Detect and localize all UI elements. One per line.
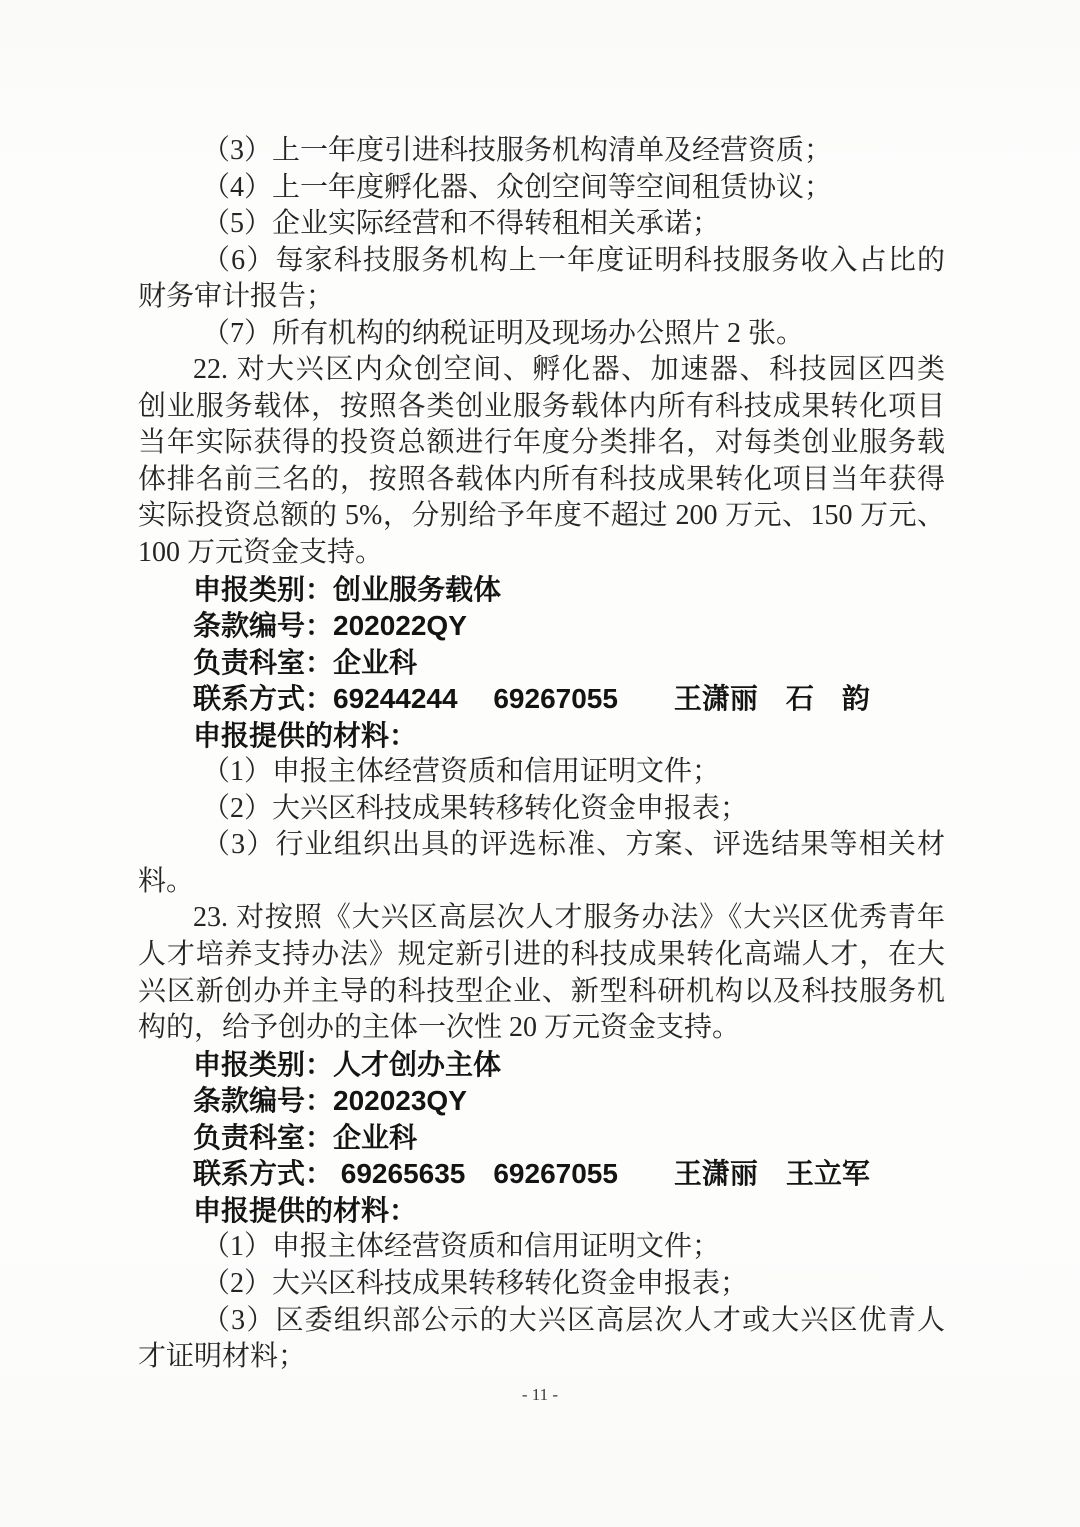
material-item-continuation: 才证明材料； [138,1339,945,1376]
clause-22-paragraph-line: 创业服务载体，按照各类创业服务载体内所有科技成果转化项目 [138,389,945,426]
clause-number-line: 条款编号：202023QY [138,1083,945,1120]
clause-22-paragraph-line: 100 万元资金支持。 [138,535,945,572]
clause-number-line: 条款编号：202022QY [138,608,945,645]
responsible-office-line: 负责科室：企业科 [138,1120,945,1157]
application-category-line: 申报类别：创业服务载体 [138,572,945,609]
material-item-line: （2）大兴区科技成果转移转化资金申报表； [138,791,945,828]
material-item-continuation: 财务审计报告； [138,279,945,316]
material-item-line: （3）行业组织出具的评选标准、方案、评选结果等相关材 [138,827,945,864]
materials-heading-line: 申报提供的材料： [138,718,945,755]
application-category-line: 申报类别：人才创办主体 [138,1047,945,1084]
material-item-line: （3）上一年度引进科技服务机构清单及经营资质； [138,133,945,170]
clause-23-paragraph-line: 构的，给予创办的主体一次性 20 万元资金支持。 [138,1010,945,1047]
material-item-line: （5）企业实际经营和不得转租相关承诺； [138,206,945,243]
document-page: （3）上一年度引进科技服务机构清单及经营资质； （4）上一年度孵化器、众创空间等… [0,0,1080,1527]
clause-22-paragraph-line: 体排名前三名的，按照各载体内所有科技成果转化项目当年获得 [138,462,945,499]
page-number: - 11 - [0,1384,1080,1406]
materials-heading-line: 申报提供的材料： [138,1193,945,1230]
material-item-line: （4）上一年度孵化器、众创空间等空间租赁协议； [138,170,945,207]
material-item-line: （3）区委组织部公示的大兴区高层次人才或大兴区优青人 [138,1303,945,1340]
responsible-office-line: 负责科室：企业科 [138,645,945,682]
clause-22-paragraph-line: 实际投资总额的 5%，分别给予年度不超过 200 万元、150 万元、 [138,498,945,535]
clause-23-paragraph-line: 人才培养支持办法》规定新引进的科技成果转化高端人才，在大 [138,937,945,974]
document-body: （3）上一年度引进科技服务机构清单及经营资质； （4）上一年度孵化器、众创空间等… [138,133,945,1376]
material-item-line: （6）每家科技服务机构上一年度证明科技服务收入占比的 [138,243,945,280]
material-item-line: （1）申报主体经营资质和信用证明文件； [138,1229,945,1266]
clause-22-paragraph-line: 当年实际获得的投资总额进行年度分类排名，对每类创业服务载 [138,425,945,462]
material-item-line: （7）所有机构的纳税证明及现场办公照片 2 张。 [138,316,945,353]
clause-23-paragraph-line: 23. 对按照《大兴区高层次人才服务办法》《大兴区优秀青年 [138,900,945,937]
clause-23-paragraph-line: 兴区新创办并主导的科技型企业、新型科研机构以及科技服务机 [138,974,945,1011]
material-item-line: （1）申报主体经营资质和信用证明文件； [138,754,945,791]
clause-22-paragraph-line: 22. 对大兴区内众创空间、孵化器、加速器、科技园区四类 [138,352,945,389]
material-item-line: （2）大兴区科技成果转移转化资金申报表； [138,1266,945,1303]
contact-info-line: 联系方式： 69265635 69267055 王潇丽 王立军 [138,1156,945,1193]
material-item-continuation: 料。 [138,864,945,901]
contact-info-line: 联系方式：69244244 69267055 王潇丽 石 韵 [138,681,945,718]
